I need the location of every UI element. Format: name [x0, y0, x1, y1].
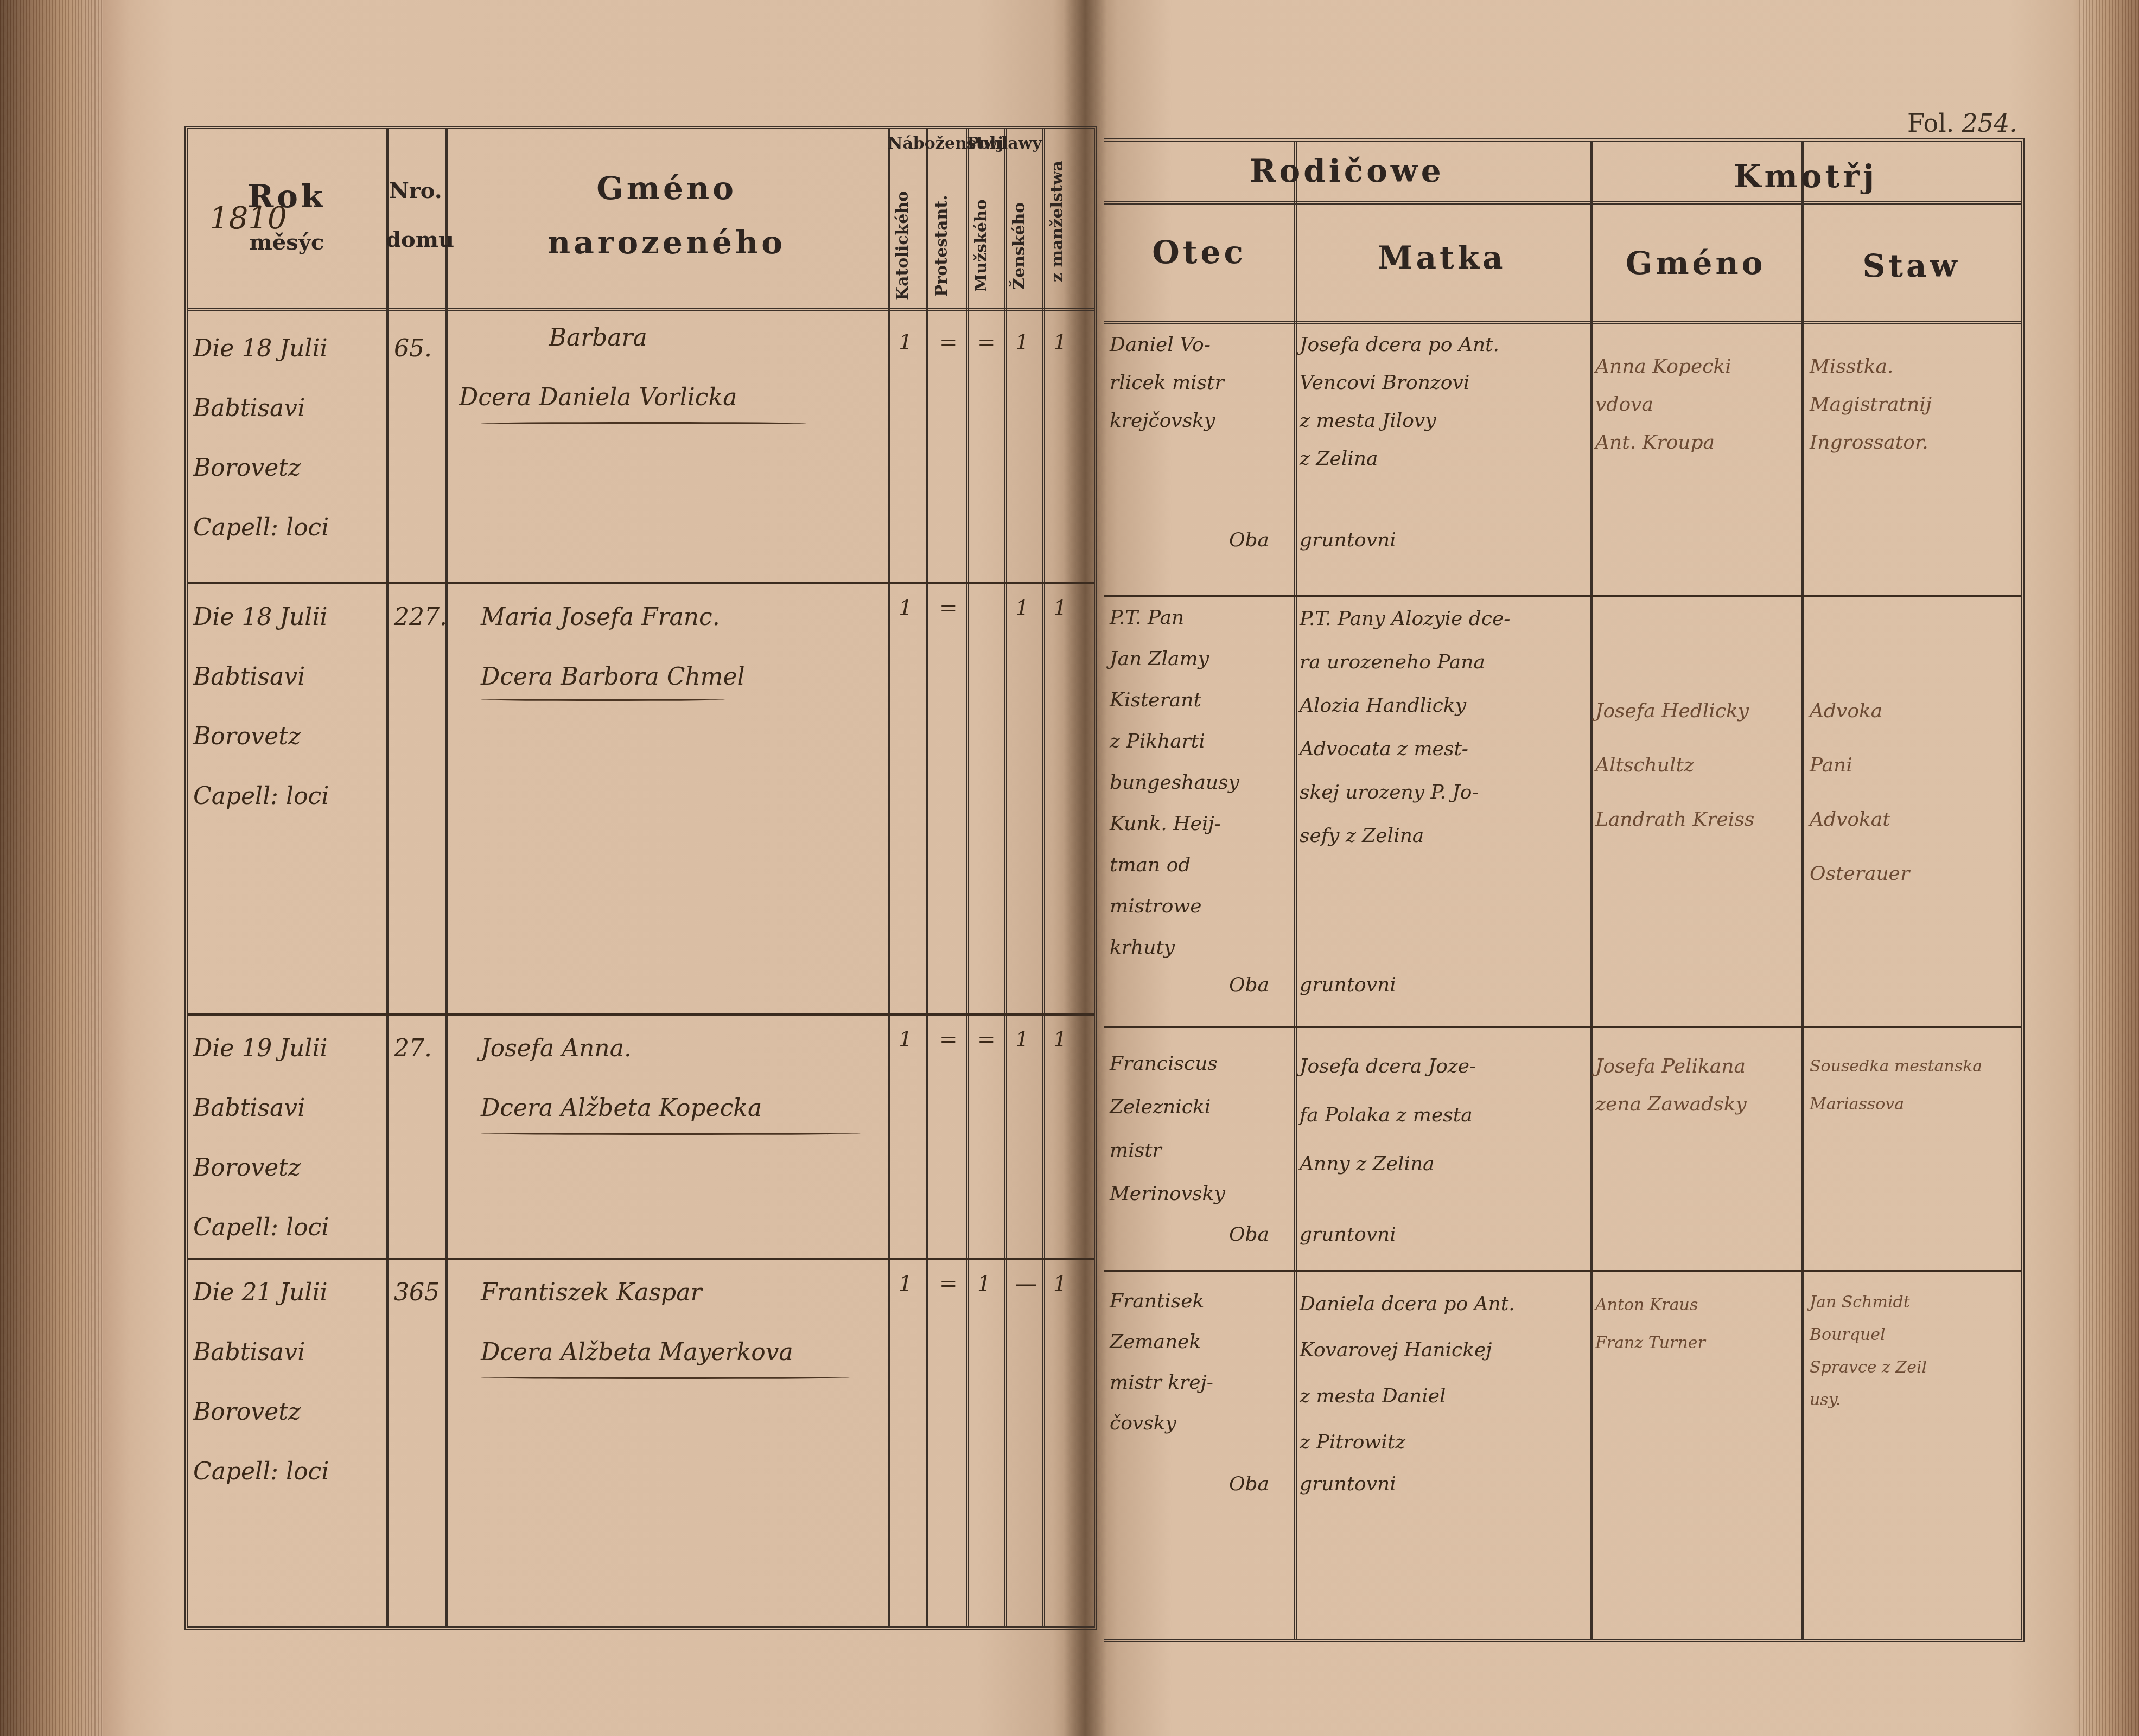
entry-4-date: Die 21 Julii Babtisavi Borovetz Capell: …	[193, 1263, 329, 1502]
col-rule	[1294, 142, 1297, 1639]
entry-1-mother-note: gruntovni	[1300, 521, 1396, 559]
col-rule	[1590, 142, 1593, 1639]
entry-3-father: Franciscus Zeleznicki mistr Merinovsky	[1110, 1042, 1225, 1216]
flourish	[481, 699, 725, 701]
month-label: měsýc	[188, 229, 386, 255]
mark-male: 1	[977, 1271, 991, 1296]
entry-3-father-note: Oba	[1229, 1216, 1269, 1254]
flourish	[481, 1377, 850, 1379]
entry-2-godparent-name: Josefa Hedlicky Altschultz Landrath Krei…	[1595, 684, 1754, 847]
col-rule	[445, 129, 448, 1626]
entry-1-father-note: Oba	[1229, 521, 1269, 559]
group-header-rule	[1104, 201, 2021, 205]
mark-catholic: 1	[899, 1271, 912, 1296]
godparents-group-label: Kmotřj	[1590, 158, 2021, 195]
entry-1-godparent-name: Anna Kopecki vdova Ant. Kroupa	[1595, 348, 1731, 462]
mother-label: Matka	[1294, 239, 1590, 276]
mark-catholic: 1	[899, 1027, 912, 1052]
header-rule	[1104, 321, 2021, 324]
entry-2-father: P.T. Pan Jan Zlamy Kisterant z Pikharti …	[1110, 597, 1239, 968]
col-rule	[1042, 129, 1045, 1626]
godparent-status-label: Staw	[1801, 247, 2021, 284]
entry-2-father-note: Oba	[1229, 966, 1269, 1004]
entry-1-house: 65.	[394, 319, 432, 379]
entry-4-father-note: Oba	[1229, 1465, 1269, 1503]
col-rule	[386, 129, 389, 1626]
parents-group-label: Rodičowe	[1104, 152, 1590, 189]
entry-4-mother-note: gruntovni	[1300, 1465, 1396, 1503]
protestant-label: Protestant.	[932, 189, 959, 303]
entry-3-date: Die 19 Julii Babtisavi Borovetz Capell: …	[193, 1019, 329, 1258]
mark-protestant: =	[939, 330, 958, 355]
entry-4-mother: Daniela dcera po Ant. Kovarovej Hanickej…	[1300, 1281, 1515, 1465]
entry-3-house: 27.	[394, 1019, 432, 1078]
entry-4-house: 365	[394, 1263, 440, 1323]
house-label: Nro.	[386, 178, 445, 203]
entry-4-godparent-name: Anton Kraus Franz Turner	[1595, 1286, 1705, 1362]
mark-protestant: =	[939, 1027, 958, 1052]
entry-rule	[188, 1258, 1094, 1260]
entry-1-date: Die 18 Julii Babtisavi Borovetz Capell: …	[193, 319, 329, 558]
mark-catholic: 1	[899, 596, 912, 621]
entry-2-child: Maria Josefa Franc. Dcera Barbora Chmel	[481, 588, 745, 707]
col-rule	[1801, 142, 1804, 1639]
entry-rule	[1104, 1026, 2021, 1028]
religion-group-label: Náboženstwj	[888, 135, 966, 153]
entry-2-mother-note: gruntovni	[1300, 966, 1396, 1004]
father-label: Otec	[1104, 234, 1294, 271]
female-label: Ženského	[1010, 189, 1037, 303]
entry-4-godparent-status: Jan Schmidt Bourquel Spravce z Zeil usy.	[1810, 1286, 1927, 1416]
left-page-table: Rok 1810 měsýc Nro. domu Gméno narozenéh…	[184, 126, 1097, 1630]
entry-4-child: Frantiszek Kaspar Dcera Alžbeta Mayerkov…	[481, 1263, 793, 1382]
entry-1-godparent-status: Misstka. Magistratnij Ingrossator.	[1810, 348, 1932, 462]
entry-2-house: 227.	[394, 588, 447, 647]
col-rule	[966, 129, 969, 1626]
mark-legit: 1	[1053, 1027, 1067, 1052]
col-rule	[926, 129, 928, 1626]
name-label-2: narozeného	[445, 224, 888, 261]
entry-2-godparent-status: Advoka Pani Advokat Osterauer	[1810, 684, 1909, 901]
mark-protestant: =	[939, 596, 958, 621]
male-label: Mužského	[972, 189, 999, 303]
entry-1-father: Daniel Vo- rlicek mistr krejčovsky	[1110, 326, 1224, 440]
open-register-book: Fol.254. Rok 1810 měsýc Nro. domu Gméno …	[0, 0, 2139, 1736]
entry-3-godparent-name: Josefa Pelikana zena Zawadsky	[1595, 1048, 1747, 1124]
mark-protestant: =	[939, 1271, 958, 1296]
mark-male: =	[977, 330, 996, 355]
legitimate-label: z manželstwa	[1048, 140, 1075, 303]
mark-legit: 1	[1053, 596, 1067, 621]
entry-3-child: Josefa Anna. Dcera Alžbeta Kopecka	[481, 1019, 762, 1138]
entry-4-father: Frantisek Zemanek mistr krej- čovsky	[1110, 1281, 1213, 1444]
sex-group-label: Pohlawy	[966, 135, 1042, 153]
entry-2-mother: P.T. Pany Alozyie dce- ra urozeneho Pana…	[1300, 597, 1510, 858]
mark-legit: 1	[1053, 330, 1067, 355]
mark-female: —	[1015, 1271, 1037, 1296]
entry-1-child: Barbara Dcera Daniela Vorlicka	[459, 308, 737, 427]
mark-legit: 1	[1053, 1271, 1067, 1296]
folio-number: Fol.254.	[1907, 108, 2017, 138]
entry-3-mother: Josefa dcera Joze- fa Polaka z mesta Ann…	[1300, 1042, 1476, 1189]
flourish	[481, 422, 806, 424]
mark-catholic: 1	[899, 330, 912, 355]
entry-rule	[188, 1013, 1094, 1016]
folio-value: 254.	[1962, 108, 2017, 138]
entry-2-date: Die 18 Julii Babtisavi Borovetz Capell: …	[193, 588, 329, 826]
house-label-2: domu	[386, 227, 445, 252]
flourish	[481, 1133, 861, 1135]
catholic-label: Katolického	[893, 189, 920, 303]
entry-3-godparent-status: Sousedka mestanska Mariassova	[1810, 1048, 1982, 1124]
entry-rule	[188, 582, 1094, 584]
mark-female: 1	[1015, 596, 1029, 621]
right-page-table: Rodičowe Kmotřj Otec Matka Gméno Staw Da…	[1104, 138, 2025, 1642]
right-page-edges	[2079, 0, 2139, 1736]
mark-female: 1	[1015, 330, 1029, 355]
entry-3-mother-note: gruntovni	[1300, 1216, 1396, 1254]
left-page-edges	[0, 0, 103, 1736]
entry-rule	[1104, 1270, 2021, 1272]
godparent-name-label: Gméno	[1590, 245, 1801, 282]
entry-1-mother: Josefa dcera po Ant. Vencovi Bronzovi z …	[1300, 326, 1499, 478]
mark-female: 1	[1015, 1027, 1029, 1052]
mark-male: =	[977, 1027, 996, 1052]
col-rule	[1004, 129, 1007, 1626]
col-rule	[888, 129, 890, 1626]
entry-rule	[1104, 595, 2021, 597]
folio-label: Fol.	[1907, 108, 1954, 138]
name-label: Gméno	[445, 170, 888, 207]
